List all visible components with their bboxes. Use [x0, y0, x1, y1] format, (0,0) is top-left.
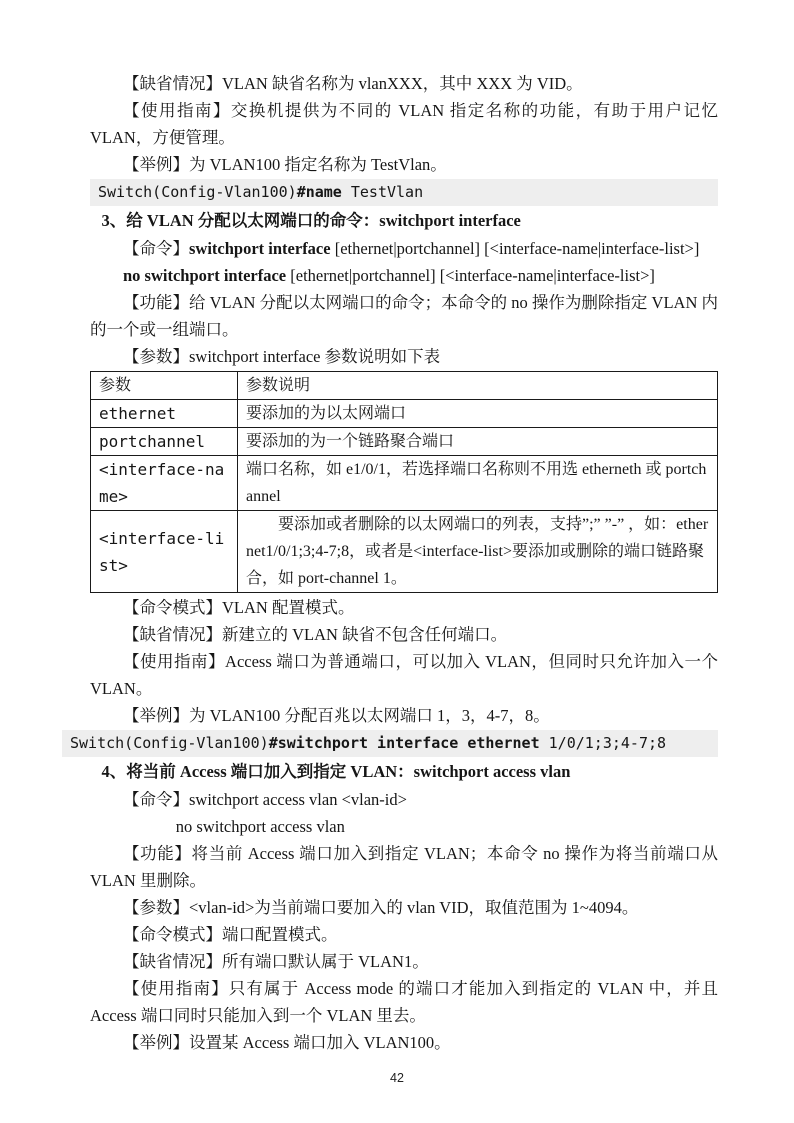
- paragraph-function-4: 【功能】将当前 Access 端口加入到指定 VLAN；本命令 no 操作为将当…: [90, 840, 718, 894]
- table-row: <interface-list> 要添加或者删除的以太网端口的列表，支持”;” …: [91, 511, 718, 593]
- paragraph-usage-guide-3: 【使用指南】Access 端口为普通端口，可以加入 VLAN，但同时只允许加入一…: [90, 648, 718, 702]
- code-command-bold: #switchport interface ethernet: [269, 734, 540, 752]
- document-page: 【缺省情况】VLAN 缺省名称为 vlanXXX，其中 XXX 为 VID。 【…: [0, 0, 794, 1123]
- paragraph-command-3-no: no switchport interface [ethernet|portch…: [90, 262, 718, 289]
- command-label: 【命令】: [123, 239, 189, 258]
- code-args: TestVlan: [342, 183, 423, 201]
- paragraph-usage-guide-1: 【使用指南】交换机提供为不同的 VLAN 指定名称的功能，有助于用户记忆 VLA…: [90, 97, 718, 151]
- code-prompt: Switch(Config-Vlan100): [98, 183, 297, 201]
- table-header-row: 参数 参数说明: [91, 372, 718, 400]
- table-cell-param: <interface-name>: [91, 456, 238, 511]
- table-cell-desc: 要添加或者删除的以太网端口的列表，支持”;” ”-” ，如：ethernet1/…: [238, 511, 718, 593]
- paragraph-command-mode-4: 【命令模式】端口配置模式。: [90, 921, 718, 948]
- table-row: portchannel 要添加的为一个链路聚合端口: [91, 428, 718, 456]
- command-keyword-bold: switchport interface: [189, 239, 331, 258]
- code-block-switchport-interface: Switch(Config-Vlan100)#switchport interf…: [62, 730, 718, 757]
- no-command-syntax: [ethernet|portchannel] [<interface-name|…: [286, 266, 655, 285]
- paragraph-usage-guide-4: 【使用指南】只有属于 Access mode 的端口才能加入到指定的 VLAN …: [90, 975, 718, 1029]
- code-args: 1/0/1;3;4-7;8: [540, 734, 666, 752]
- table-row: <interface-name> 端口名称，如 e1/0/1，若选择端口名称则不…: [91, 456, 718, 511]
- paragraph-command-mode-3: 【命令模式】VLAN 配置模式。: [90, 594, 718, 621]
- page-number: 42: [0, 1071, 794, 1085]
- code-command-bold: #name: [297, 183, 342, 201]
- paragraph-default-situation-4: 【缺省情况】所有端口默认属于 VLAN1。: [90, 948, 718, 975]
- table-cell-desc: 端口名称，如 e1/0/1，若选择端口名称则不用选 etherneth 或 po…: [238, 456, 718, 511]
- command-syntax: [ethernet|portchannel] [<interface-name|…: [331, 239, 700, 258]
- no-command-keyword-bold: no switchport interface: [123, 266, 286, 285]
- paragraph-example-3: 【举例】为 VLAN100 分配百兆以太网端口 1，3，4-7，8。: [90, 702, 718, 729]
- section-heading-4: 4、将当前 Access 端口加入到指定 VLAN：switchport acc…: [90, 758, 718, 786]
- paragraph-command-4-no: no switchport access vlan: [176, 813, 718, 840]
- paragraph-example-1: 【举例】为 VLAN100 指定名称为 TestVlan。: [90, 151, 718, 178]
- paragraph-default-situation-3: 【缺省情况】新建立的 VLAN 缺省不包含任何端口。: [90, 621, 718, 648]
- paragraph-function-3: 【功能】给 VLAN 分配以太网端口的命令；本命令的 no 操作为删除指定 VL…: [90, 289, 718, 343]
- paragraph-command-4: 【命令】switchport access vlan <vlan-id>: [90, 786, 718, 813]
- table-cell-desc: 要添加的为以太网端口: [238, 400, 718, 428]
- section-heading-3: 3、给 VLAN 分配以太网端口的命令：switchport interface: [90, 207, 718, 235]
- paragraph-parameters-4: 【参数】<vlan-id>为当前端口要加入的 vlan VID，取值范围为 1~…: [90, 894, 718, 921]
- paragraph-command-3: 【命令】switchport interface [ethernet|portc…: [90, 235, 718, 262]
- table-cell-param: <interface-list>: [91, 511, 238, 593]
- table-cell-param: ethernet: [91, 400, 238, 428]
- paragraph-parameters-3: 【参数】switchport interface 参数说明如下表: [90, 343, 718, 370]
- table-header-desc: 参数说明: [238, 372, 718, 400]
- table-cell-param: portchannel: [91, 428, 238, 456]
- paragraph-default-situation-1: 【缺省情况】VLAN 缺省名称为 vlanXXX，其中 XXX 为 VID。: [90, 70, 718, 97]
- table-cell-desc: 要添加的为一个链路聚合端口: [238, 428, 718, 456]
- table-header-param: 参数: [91, 372, 238, 400]
- paragraph-example-4: 【举例】设置某 Access 端口加入 VLAN100。: [90, 1029, 718, 1056]
- table-cell-desc-text: 要添加或者删除的以太网端口的列表，支持”;” ”-” ，如：ethernet1/…: [246, 511, 709, 592]
- table-row: ethernet 要添加的为以太网端口: [91, 400, 718, 428]
- code-block-name-command: Switch(Config-Vlan100)#name TestVlan: [90, 179, 718, 206]
- code-prompt: Switch(Config-Vlan100): [70, 734, 269, 752]
- parameter-table: 参数 参数说明 ethernet 要添加的为以太网端口 portchannel …: [90, 371, 718, 593]
